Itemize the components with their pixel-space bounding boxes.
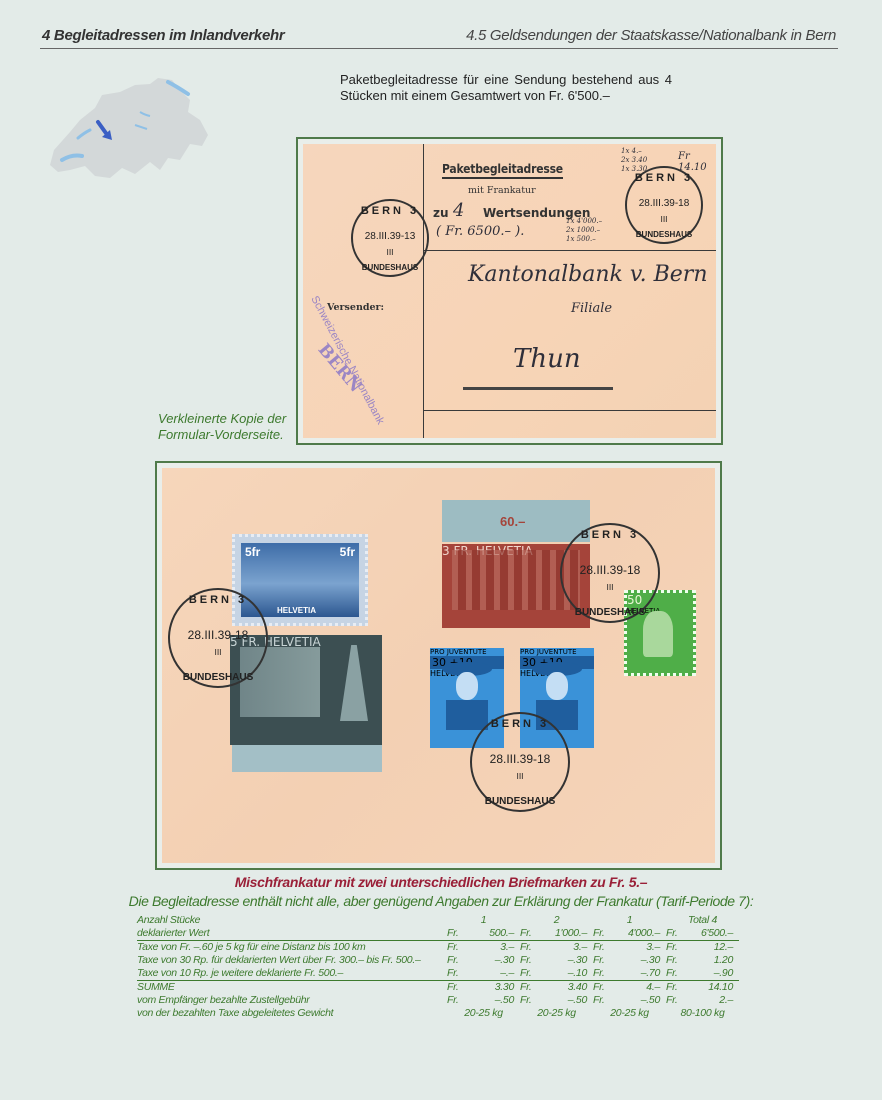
notes-top: 1x 4.– 2x 3.40 1x 3.30 [621, 147, 647, 174]
row-label: Taxe von Fr. –.60 je 5 kg für eine Dista… [137, 941, 447, 955]
cell-value: 500.– [469, 927, 520, 941]
cell-value: 6'500.– [688, 927, 739, 941]
tarif-table: Anzahl Stücke121Total 4deklarierter Wert… [137, 914, 739, 1020]
note-line: 2x 3.40 [621, 156, 647, 165]
row-label: Taxe von 10 Rp. je weitere deklarierte F… [137, 967, 447, 981]
cover-frame: 5fr 5fr HELVETIA 5 FR. HELVETIA 60.– 3 F… [155, 461, 722, 870]
cell-currency: Fr. [666, 981, 688, 995]
row-label: deklarierter Wert [137, 927, 447, 941]
sheet-margin [232, 745, 382, 772]
cell-currency: Fr. [593, 927, 615, 941]
cell-value: –.30 [542, 954, 593, 967]
stamp-value: 5fr [340, 545, 355, 559]
cell-value: 3.– [469, 941, 520, 955]
branch: Filiale [571, 301, 612, 316]
postmark-office: BUNDESHAUS [562, 607, 658, 618]
cell-value: –.10 [542, 967, 593, 981]
row-label: von der bezahlten Taxe abgeleitetes Gewi… [137, 1007, 447, 1020]
table-row: vom Empfänger bezahlte ZustellgebührFr.–… [137, 994, 739, 1007]
cell-currency: Fr. [447, 941, 469, 955]
postmark-right: BERN 3 28.III.39-18 III BUNDESHAUS [625, 166, 703, 244]
cell-value: –.30 [615, 954, 666, 967]
cell-value: 4'000.– [615, 927, 666, 941]
city: Thun [513, 344, 581, 374]
row-label: vom Empfänger bezahlte Zustellgebühr [137, 994, 447, 1007]
cell-currency: Fr. [666, 954, 688, 967]
cell-currency: Fr. [520, 954, 542, 967]
versender-label: Versender: [327, 302, 384, 313]
stamp-country: HELVETIA [277, 606, 316, 615]
cell-currency: Fr. [593, 941, 615, 955]
cover-postmark-right: BERN 3 28.III.39-18 III BUNDESHAUS [560, 523, 660, 623]
postmark-num: III [472, 772, 568, 781]
cell-value: 2 [520, 914, 593, 927]
row-label: Anzahl Stücke [137, 914, 447, 927]
cell-value: –.70 [615, 967, 666, 981]
cell-value: 1'000.– [542, 927, 593, 941]
addressee: Kantonalbank v. Bern [468, 262, 708, 287]
postmark-city: BERN 3 [472, 718, 568, 730]
postmark-num: III [170, 648, 266, 657]
postmark-num: III [627, 215, 701, 224]
postmark-date: 28.III.39-18 [485, 752, 554, 766]
stamp-value: 5fr [245, 545, 260, 559]
postmark-date: 28.III.39-18 [183, 628, 252, 642]
row-label: Taxe von 30 Rp. für deklarierten Wert üb… [137, 954, 447, 967]
cell-currency: Fr. [447, 954, 469, 967]
cell-value: 1 [447, 914, 520, 927]
form-zu: zu [433, 206, 449, 220]
notes-total: Fr 14.10 [678, 151, 716, 173]
cell-value: –.50 [542, 994, 593, 1007]
cell-currency: Fr. [593, 967, 615, 981]
postmark-office: BUNDESHAUS [170, 672, 266, 683]
cell-value: 20-25 kg [593, 1007, 666, 1020]
cell-currency: Fr. [666, 927, 688, 941]
sheet-margin-value: 60.– [500, 514, 525, 529]
postmark-city: BERN 3 [627, 172, 701, 184]
postmark-date: 28.III.39-13 [363, 231, 416, 242]
intro-text: Paketbegleitadresse für eine Sendung bes… [340, 72, 672, 104]
cell-currency: Fr. [666, 994, 688, 1007]
cell-value: 3.– [542, 941, 593, 955]
cell-currency: Fr. [520, 927, 542, 941]
cover-postmark-bottom: BERN 3 28.III.39-18 III BUNDESHAUS [470, 712, 570, 812]
cover-postmark-left: BERN 3 28.III.39-18 III BUNDESHAUS [168, 588, 268, 688]
cell-value: 80-100 kg [666, 1007, 739, 1020]
postmark-date: 28.III.39-18 [575, 563, 644, 577]
postmark-city: BERN 3 [170, 594, 266, 606]
cell-currency: Fr. [593, 954, 615, 967]
table-row: Taxe von 10 Rp. je weitere deklarierte F… [137, 967, 739, 981]
cell-currency: Fr. [447, 927, 469, 941]
cover-piece: 5fr 5fr HELVETIA 5 FR. HELVETIA 60.– 3 F… [162, 468, 715, 863]
cell-currency: Fr. [666, 941, 688, 955]
table-row: Taxe von 30 Rp. für deklarierten Wert üb… [137, 954, 739, 967]
table-row: deklarierter WertFr.500.–Fr.1'000.–Fr.4'… [137, 927, 739, 941]
table-row: von der bezahlten Taxe abgeleitetes Gewi… [137, 1007, 739, 1020]
value-handwritten: ( Fr. 6500.– ). [436, 224, 524, 239]
cell-currency: Fr. [520, 967, 542, 981]
cell-currency: Fr. [520, 994, 542, 1007]
form-copy-caption: Verkleinerte Kopie der Formular-Vorderse… [158, 411, 286, 443]
cell-value: –.50 [469, 994, 520, 1007]
table-row: Anzahl Stücke121Total 4 [137, 914, 739, 927]
form-subtitle: mit Frankatur [468, 185, 536, 196]
cell-value: 14.10 [688, 981, 739, 995]
cell-currency: Fr. [593, 994, 615, 1007]
postmark-date: 28.III.39-18 [637, 198, 690, 209]
postmark-office: BUNDESHAUS [472, 796, 568, 807]
cell-value: 3.40 [542, 981, 593, 995]
mixed-franking-caption: Mischfrankatur mit zwei unterschiedliche… [0, 874, 882, 890]
cell-value: –.90 [688, 967, 739, 981]
postmark-num: III [353, 248, 427, 257]
caption-line: Verkleinerte Kopie der [158, 411, 286, 427]
cell-currency: Fr. [447, 994, 469, 1007]
cell-currency: Fr. [666, 967, 688, 981]
row-label: SUMME [137, 981, 447, 995]
cell-currency: Fr. [447, 981, 469, 995]
caption-line: Formular-Vorderseite. [158, 427, 286, 443]
explanation-caption: Die Begleitadresse enthält nicht alle, a… [0, 893, 882, 909]
stamp-header: PRO JUVENTUTE [430, 648, 504, 656]
cell-value: 1 [593, 914, 666, 927]
cell-value: 3.30 [469, 981, 520, 995]
stamp-header: PRO JUVENTUTE [520, 648, 594, 656]
cell-currency: Fr. [520, 981, 542, 995]
form-front: Paketbegleitadresse mit Frankatur zu 4 W… [303, 144, 716, 438]
note-line: 2x 1000.– [566, 226, 602, 235]
form-copy-frame: Paketbegleitadresse mit Frankatur zu 4 W… [296, 137, 723, 445]
table-row: SUMMEFr.3.30Fr.3.40Fr.4.–Fr.14.10 [137, 981, 739, 995]
postmark-num: III [562, 583, 658, 592]
notes-values: 1x 4'000.– 2x 1000.– 1x 500.– [566, 217, 602, 244]
cell-value: 2.– [688, 994, 739, 1007]
cell-value: 4.– [615, 981, 666, 995]
note-line: 1x 4.– [621, 147, 647, 156]
cell-value: Total 4 [666, 914, 739, 927]
chapter-title: 4 Begleitadressen im Inlandverkehr [42, 27, 284, 44]
cell-value: –.30 [469, 954, 520, 967]
count-handwritten: 4 [453, 200, 464, 221]
cell-value: 20-25 kg [520, 1007, 593, 1020]
cell-currency: Fr. [447, 967, 469, 981]
note-line: 1x 4'000.– [566, 217, 602, 226]
cell-value: –.– [469, 967, 520, 981]
postmark-office: BUNDESHAUS [353, 263, 427, 272]
section-title: 4.5 Geldsendungen der Staatskasse/Nation… [466, 27, 836, 44]
cell-value: 20-25 kg [447, 1007, 520, 1020]
postmark-city: BERN 3 [353, 205, 427, 217]
postmark-office: BUNDESHAUS [627, 230, 701, 239]
table-row: Taxe von Fr. –.60 je 5 kg für eine Dista… [137, 941, 739, 955]
note-line: 1x 500.– [566, 235, 602, 244]
cell-value: 12.– [688, 941, 739, 955]
switzerland-map-icon [40, 70, 215, 185]
cell-value: –.50 [615, 994, 666, 1007]
cell-currency: Fr. [593, 981, 615, 995]
cell-value: 1.20 [688, 954, 739, 967]
cell-currency: Fr. [520, 941, 542, 955]
form-title: Paketbegleitadresse [442, 162, 563, 179]
cell-value: 3.– [615, 941, 666, 955]
header-divider [40, 48, 838, 49]
postmark-city: BERN 3 [562, 529, 658, 541]
postmark-left: BERN 3 28.III.39-13 III BUNDESHAUS [351, 199, 429, 277]
